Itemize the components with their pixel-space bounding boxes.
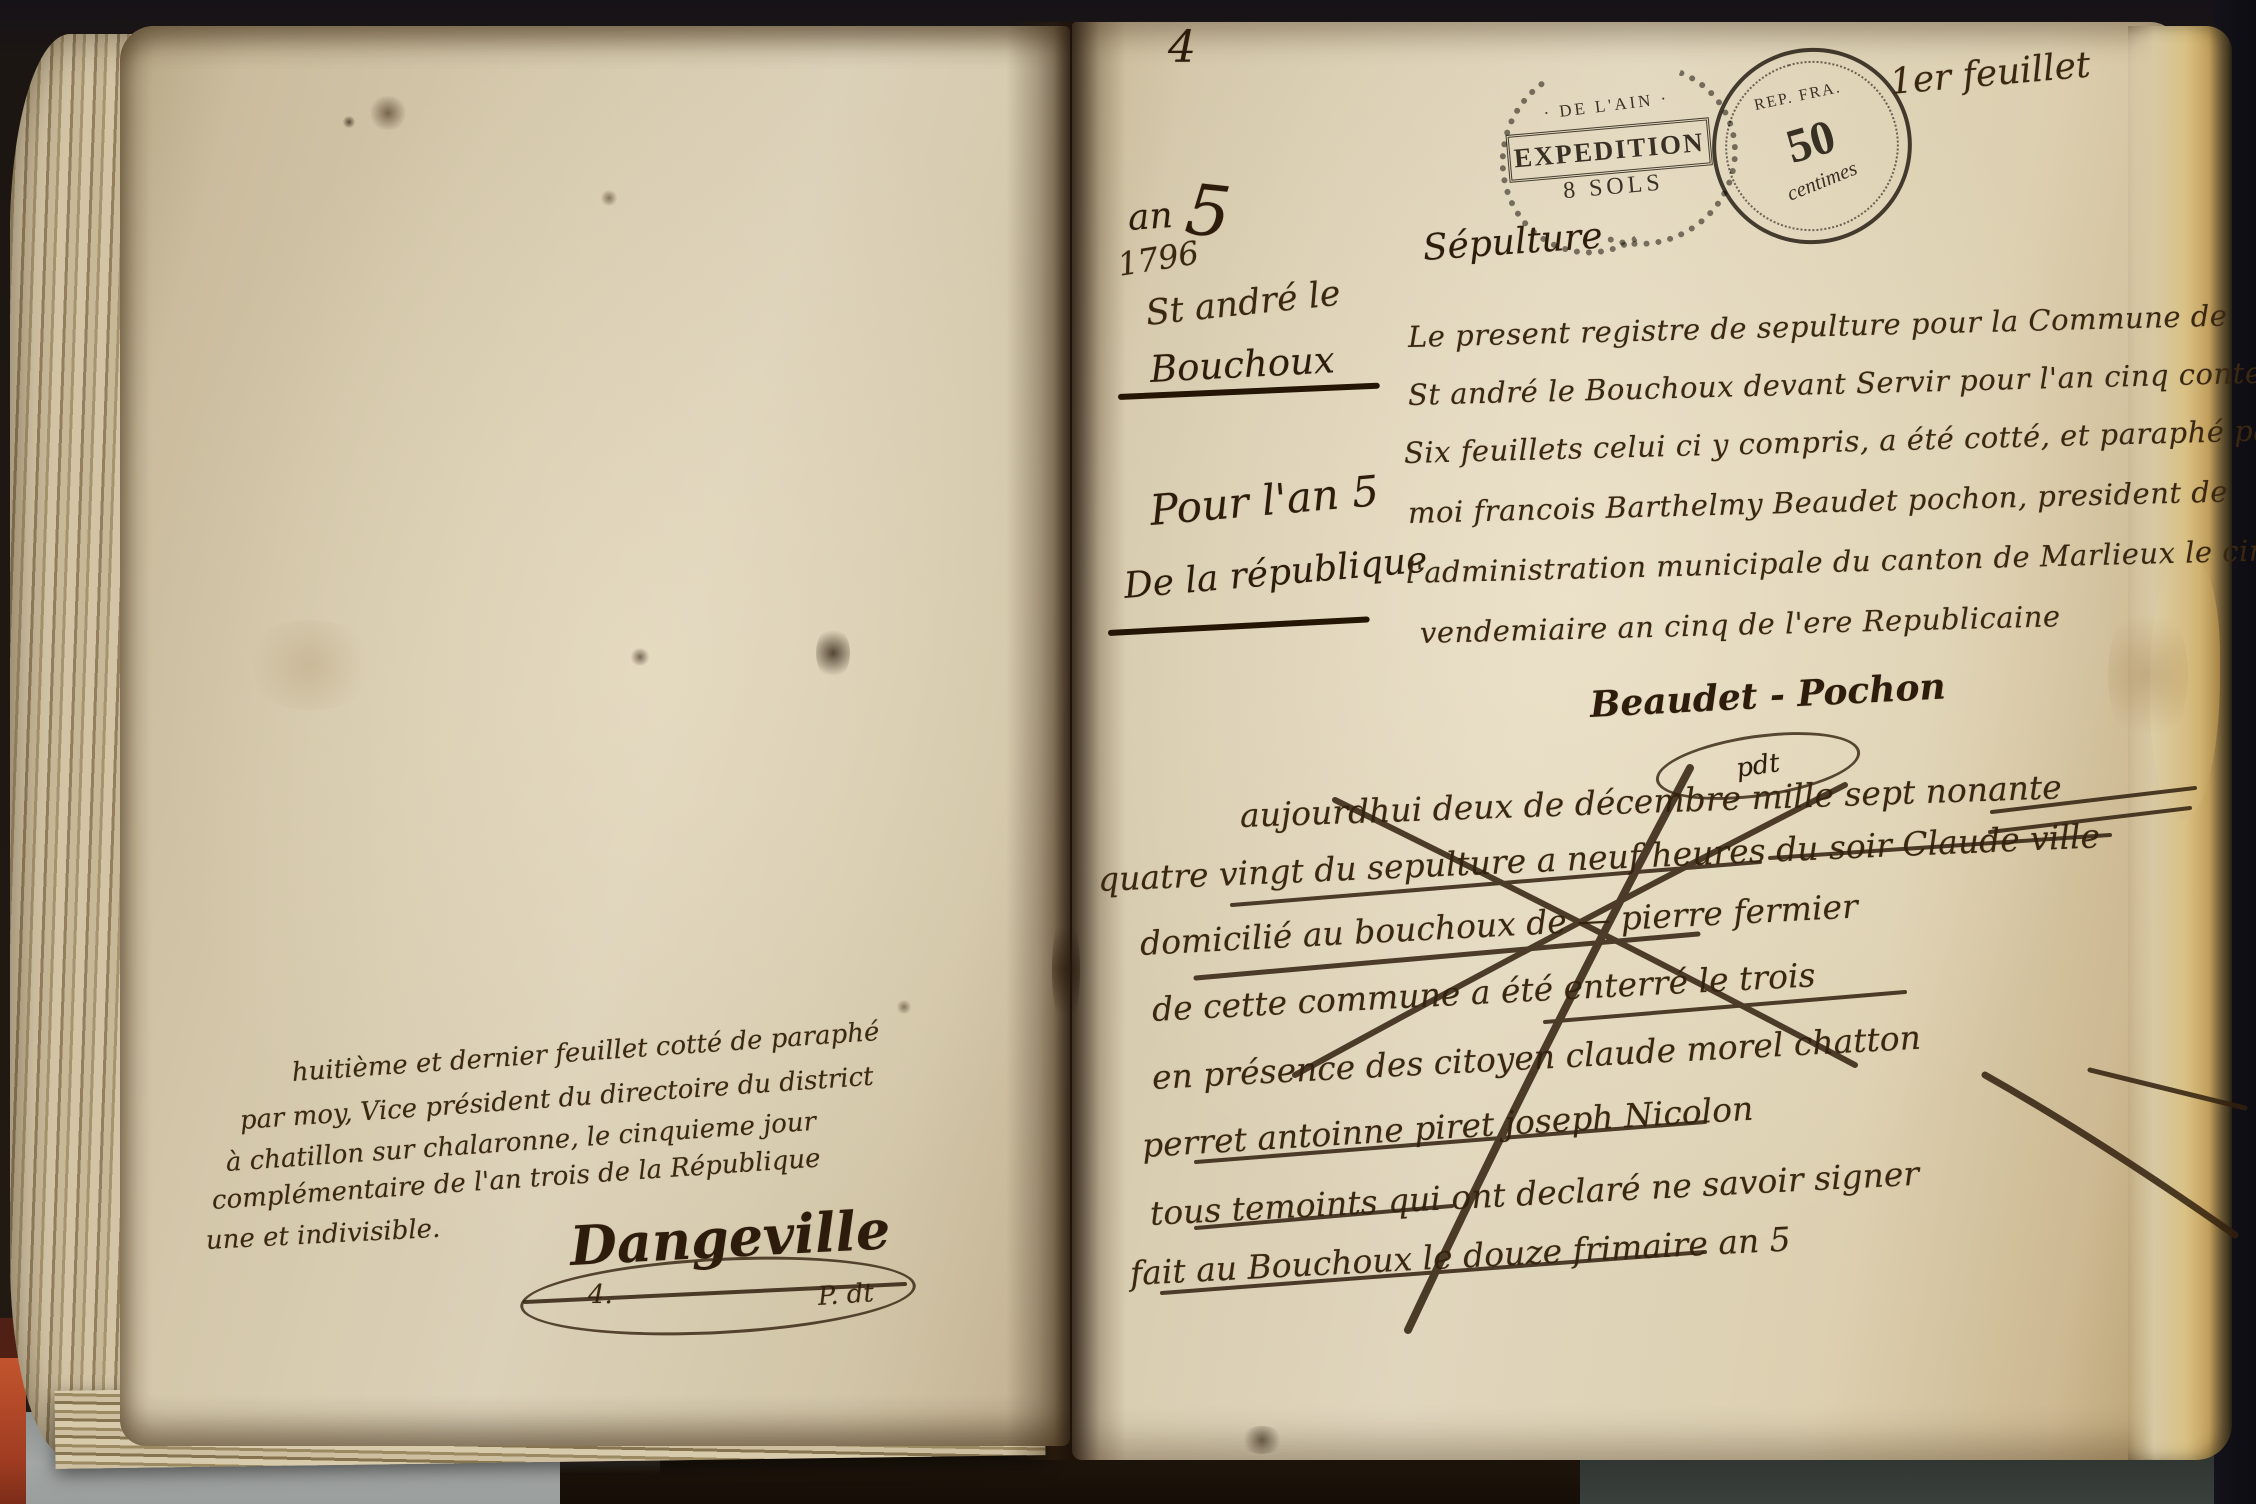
margin-an-word: an	[1127, 195, 1174, 239]
flourish-number: 4.	[588, 1280, 613, 1310]
page-number: 4	[1168, 22, 1196, 73]
book-gutter	[1006, 22, 1126, 1460]
flourish-title: P. dt	[817, 1278, 875, 1312]
manuscript-photo-scene: 4 · DE L'AIN · EXPEDITION 8 SOLS REP. FR…	[0, 0, 2256, 1504]
